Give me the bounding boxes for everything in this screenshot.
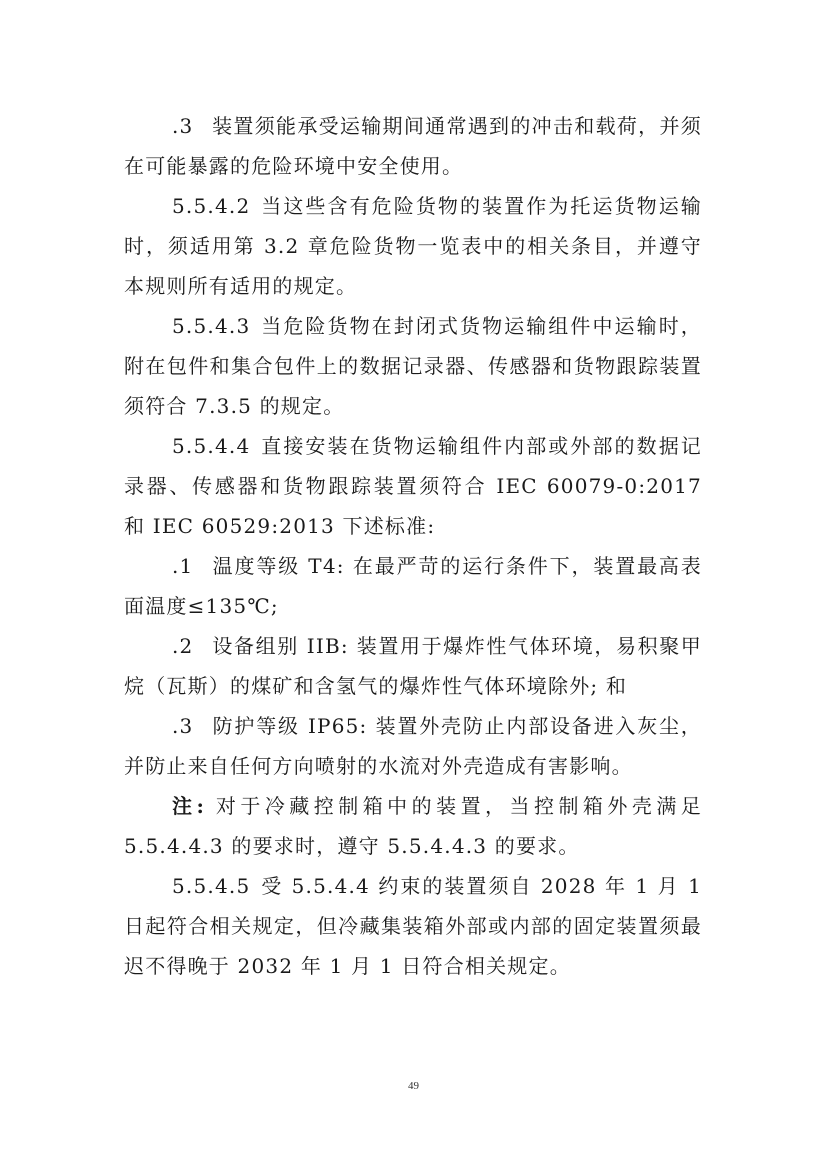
paragraph-5-5-4-3: 5.5.4.3当危险货物在封闭式货物运输组件中运输时，附在包件和集合包件上的数据… xyxy=(124,306,702,426)
paragraph-5-5-4-2: 5.5.4.2当这些含有危险货物的装置作为托运货物运输时，须适用第 3.2 章危… xyxy=(124,186,702,306)
item-number: .3 xyxy=(172,106,212,146)
section-number: 5.5.4.3 xyxy=(172,306,250,346)
paragraph-5-5-4-1-item-3: .3装置须能承受运输期间通常遇到的冲击和载荷，并须在可能暴露的危险环境中安全使用… xyxy=(124,106,702,186)
paragraph-5-5-4-5: 5.5.4.5受 5.5.4.4 约束的装置须自 2028 年 1 月 1 日起… xyxy=(124,866,702,986)
item-number: .3 xyxy=(172,706,212,746)
note-text: 对于冷藏控制箱中的装置，当控制箱外壳满足 5.5.4.4.3 的要求时，遵守 5… xyxy=(124,794,702,858)
paragraph-5-5-4-4-item-1: .1温度等级 T4: 在最严苛的运行条件下，装置最高表面温度≤135℃; xyxy=(124,546,702,626)
section-number: 5.5.4.4 xyxy=(172,426,250,466)
note-label: 注: xyxy=(172,794,205,818)
section-number: 5.5.4.5 xyxy=(172,866,250,906)
item-number: .2 xyxy=(172,626,212,666)
page-number: 49 xyxy=(0,1080,827,1092)
paragraph-5-5-4-4-item-2: .2设备组别 IIB: 装置用于爆炸性气体环境，易积聚甲烷（瓦斯）的煤矿和含氢气… xyxy=(124,626,702,706)
paragraph-5-5-4-4-item-3: .3防护等级 IP65: 装置外壳防止内部设备进入灰尘，并防止来自任何方向喷射的… xyxy=(124,706,702,786)
section-number: 5.5.4.2 xyxy=(172,186,250,226)
item-number: .1 xyxy=(172,546,212,586)
document-page: .3装置须能承受运输期间通常遇到的冲击和载荷，并须在可能暴露的危险环境中安全使用… xyxy=(124,106,702,986)
paragraph-5-5-4-4: 5.5.4.4直接安装在货物运输组件内部或外部的数据记录器、传感器和货物跟踪装置… xyxy=(124,426,702,546)
note-paragraph: 注: 对于冷藏控制箱中的装置，当控制箱外壳满足 5.5.4.4.3 的要求时，遵… xyxy=(124,786,702,866)
